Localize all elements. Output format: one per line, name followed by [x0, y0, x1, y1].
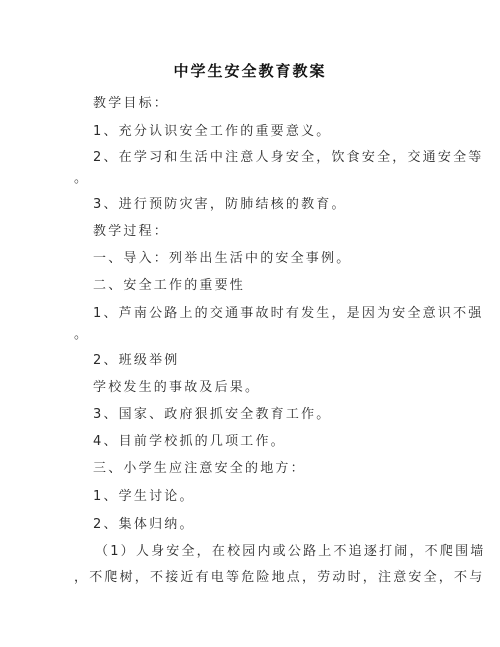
text-line: 4、目前学校抓的几项工作。 — [93, 430, 286, 449]
text-line: 。 — [74, 323, 89, 342]
text-line: 1、芦南公路上的交通事故时有发生，是因为安全意识不强 — [93, 302, 483, 321]
text-line: （1）人身安全，在校园内或公路上不追逐打闹，不爬围墙 — [95, 540, 485, 559]
text-line: 3、国家、政府狠抓安全教育工作。 — [93, 403, 331, 422]
document-title: 中学生安全教育教案 — [0, 60, 500, 81]
text-line: 。 — [74, 167, 89, 186]
text-line: 1、充分认识安全工作的重要意义。 — [93, 120, 331, 139]
text-line: 学校发生的事故及后果。 — [93, 376, 260, 395]
text-line: 一、导入：列举出生活中的安全事例。 — [93, 247, 351, 266]
text-line: 2、在学习和生活中注意人身安全，饮食安全，交通安全等 — [93, 146, 483, 165]
text-line: 1、学生讨论。 — [93, 485, 195, 504]
text-line: 教学目标： — [93, 92, 169, 111]
text-line: 3、进行预防灾害，防肺结核的教育。 — [93, 193, 347, 212]
document-page: 中学生安全教育教案 教学目标：1、充分认识安全工作的重要意义。2、在学习和生活中… — [0, 0, 500, 647]
text-line: ，不爬树，不接近有电等危险地点，劳动时，注意安全，不与 — [74, 566, 484, 585]
text-line: 2、班级举例 — [93, 349, 179, 368]
text-line: 三、小学生应注意安全的地方： — [93, 457, 306, 476]
text-line: 2、集体归纳。 — [93, 513, 195, 532]
text-line: 教学过程： — [93, 220, 169, 239]
text-line: 二、安全工作的重要性 — [93, 274, 245, 293]
